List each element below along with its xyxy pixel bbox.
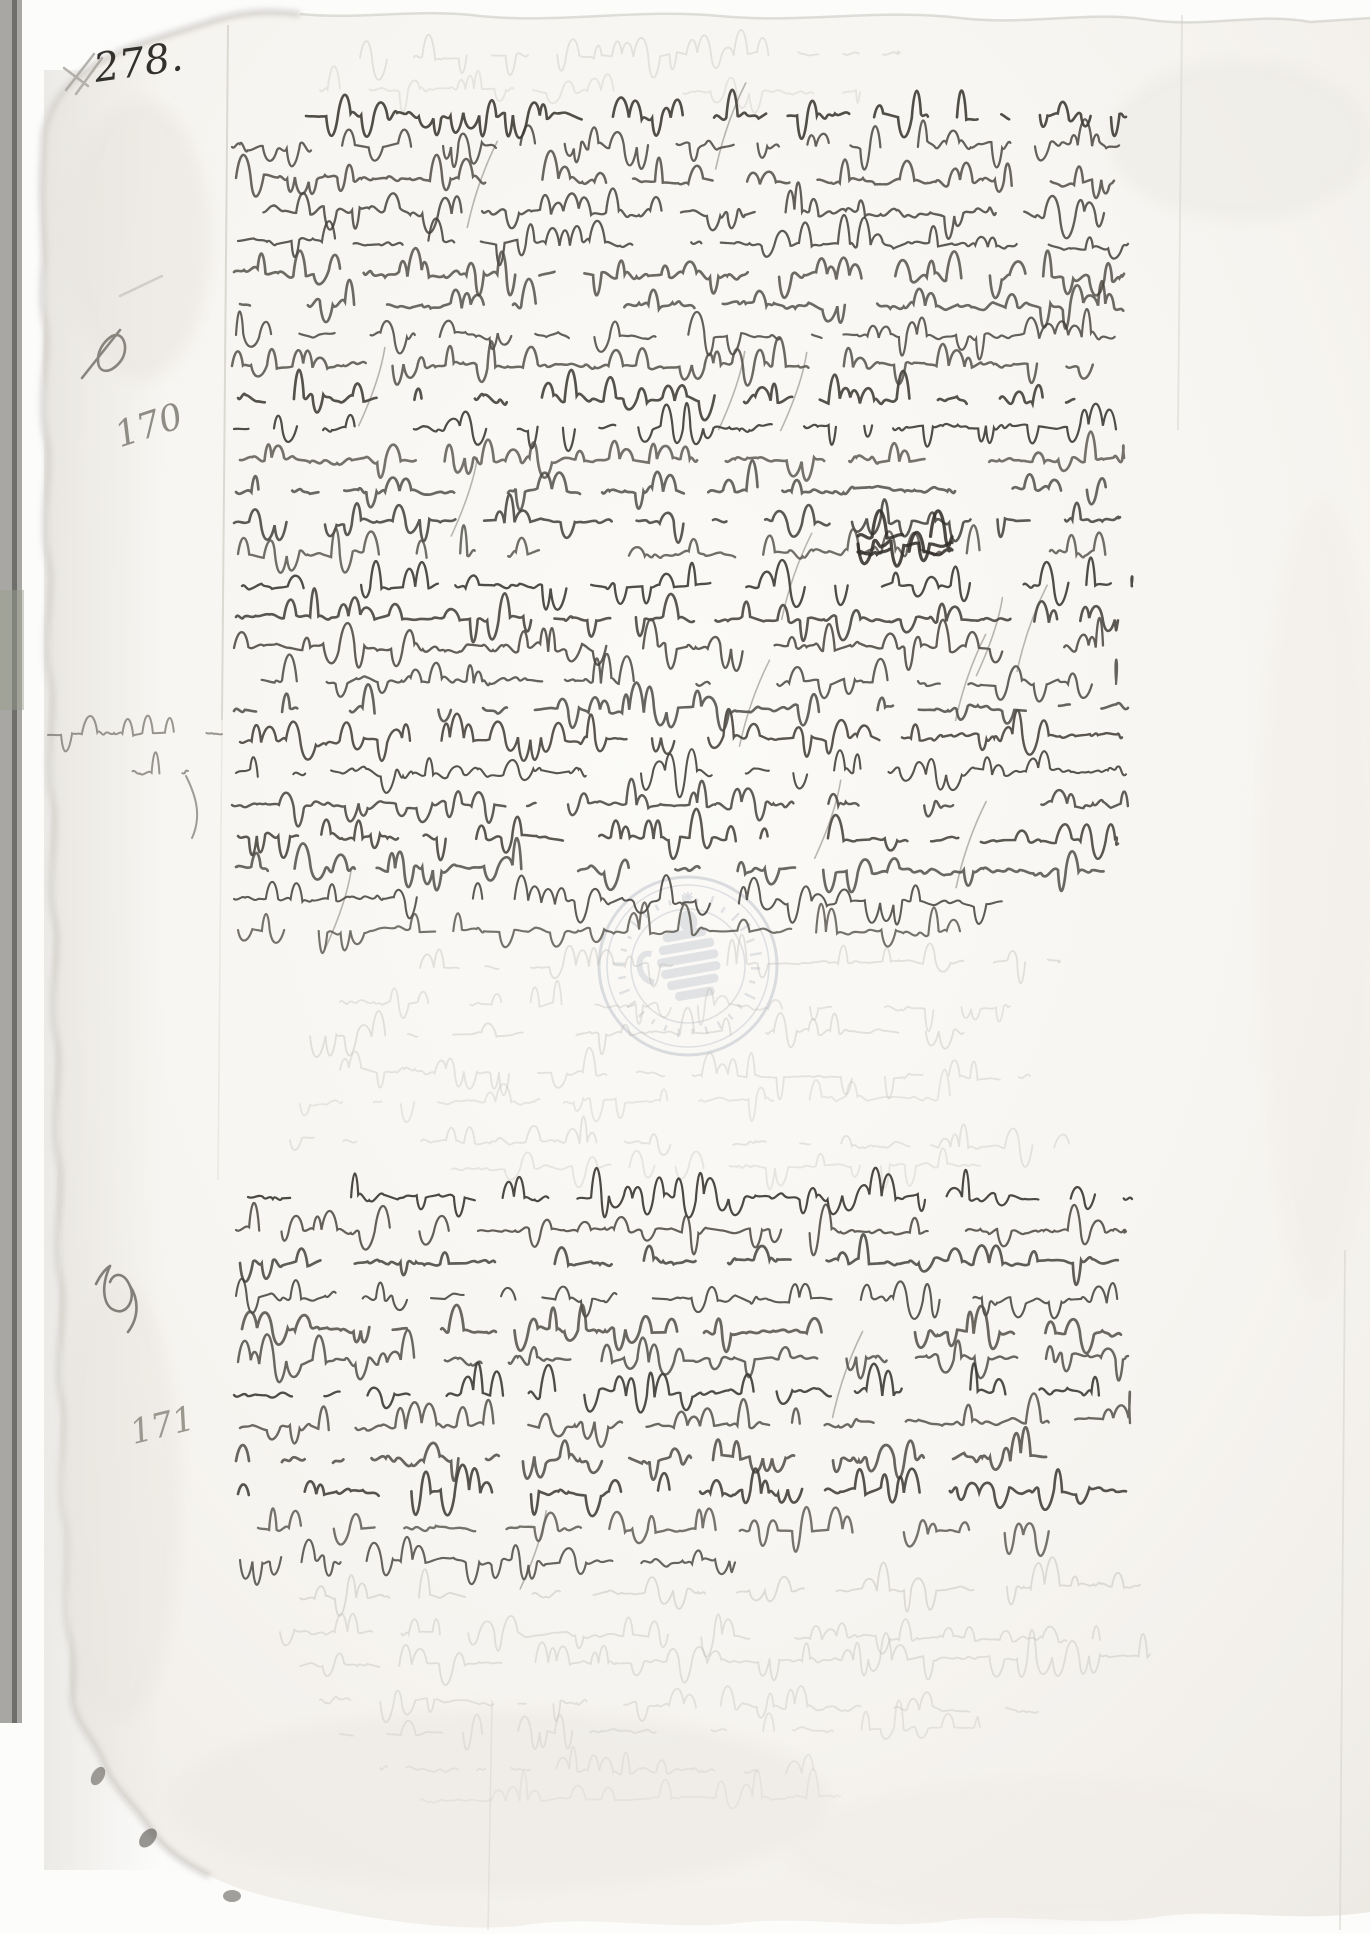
stamp-letter-mark xyxy=(628,937,632,939)
binding-strip-line xyxy=(12,0,17,1723)
stamp-letter-mark xyxy=(697,899,698,904)
stamp-letter-mark xyxy=(749,981,755,983)
stamp-letter-mark xyxy=(678,1028,679,1037)
stamp-letter-mark xyxy=(621,949,627,951)
stamp-letter-mark xyxy=(669,900,670,905)
stamp-letter-mark xyxy=(618,977,626,978)
stamp-star xyxy=(683,892,693,902)
binding-strip xyxy=(0,0,22,1723)
manuscript-page-scan: 278. 170 171 Scanned folio of an early 1… xyxy=(0,0,1370,1934)
binding-strip-tint xyxy=(0,590,24,710)
